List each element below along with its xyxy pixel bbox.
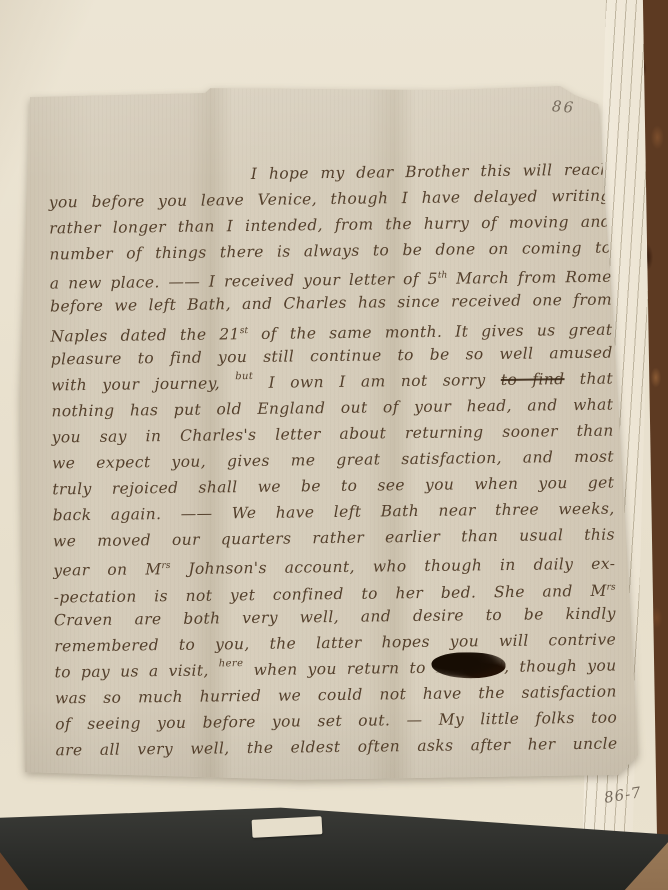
text-segment: pleasure to find you still continue to b…: [51, 343, 613, 368]
text-segment: Naples dated the 21: [50, 325, 240, 345]
text-segment: truly rejoiced shall we be to see you wh…: [52, 474, 614, 499]
text-segment: March from Rome: [447, 268, 612, 288]
ink-blot: England: [436, 658, 504, 677]
text-segment: to pay us a visit,: [54, 661, 218, 681]
text-segment: remembered to you, the latter hopes you …: [54, 630, 616, 655]
text-segment: back again. —— We have left Bath near th…: [53, 500, 615, 525]
text-segment: Craven are both very well, and desire to…: [54, 604, 616, 629]
text-segment: I own I am not sorry: [253, 371, 501, 392]
letter-sheet-wrap: 86 I hope my dear Brother this will reac…: [18, 84, 650, 784]
text-segment: before we left Bath, and Charles has sin…: [50, 291, 612, 316]
struck-out-text: to find: [501, 370, 565, 389]
text-segment: we expect you, gives me great satisfacti…: [52, 448, 614, 473]
photograph-of-letter: 86 I hope my dear Brother this will reac…: [0, 0, 668, 890]
text-segment: st: [240, 326, 248, 336]
paper-fragment: [252, 816, 323, 838]
text-segment: year on M: [53, 561, 161, 580]
text-segment: was so much hurried we could not have th…: [55, 682, 617, 707]
letter-text: I hope my dear Brother this will reachyo…: [48, 157, 617, 764]
text-segment: are all very well, the eldest often asks…: [55, 735, 617, 760]
text-segment: when you return to: [243, 659, 436, 679]
text-segment: number of things there is always to be d…: [49, 239, 611, 264]
text-segment: we moved our quarters rather earlier tha…: [53, 526, 615, 551]
text-segment: rs: [607, 582, 616, 592]
inserted-word: but: [235, 364, 253, 390]
text-segment: with your journey,: [51, 374, 235, 394]
letter-line: are all very well, the eldest often asks…: [55, 731, 617, 764]
text-segment: nothing has put old England out of your …: [51, 395, 613, 420]
text-segment: rather longer than I intended, from the …: [49, 213, 611, 238]
letter-sheet: 86 I hope my dear Brother this will reac…: [18, 84, 650, 784]
text-segment: that: [564, 369, 613, 388]
text-segment: I hope my dear Brother this will reach: [251, 161, 611, 183]
text-segment: you say in Charles's letter about return…: [52, 422, 614, 447]
text-segment: of seeing you before you set out. — My l…: [55, 709, 617, 734]
text-segment: , though you: [504, 656, 617, 675]
text-segment: rs: [161, 561, 170, 571]
inserted-word: here: [219, 651, 244, 677]
text-segment: you before you leave Venice, though I ha…: [49, 187, 611, 212]
text-segment: th: [438, 271, 448, 281]
page-number-top: 86: [551, 97, 575, 117]
